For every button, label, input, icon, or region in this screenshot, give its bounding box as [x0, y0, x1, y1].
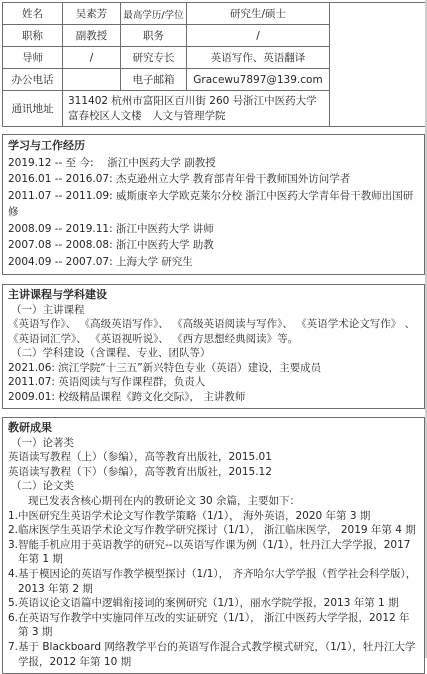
papers-intro: 现已发表含核心期刊在内的教研论文 30 余篇，主要如下： [8, 494, 419, 509]
photo-placeholder [330, 3, 426, 127]
paper-item: 4.基于模因论的英语写作教学模型探讨（1/1）， 齐齐哈尔大学学报（哲学社会科学… [8, 567, 419, 596]
table-row: 姓名 吴素芳 最高学历/学位 研究生/硕士 [3, 3, 426, 25]
experience-item: 2007.08 -- 2008.08: 浙江中医药大学 助教 [8, 237, 419, 254]
book-item: 英语读写教程（上）（参编），高等教育出版社，2015.01 [8, 450, 419, 465]
paper-item: 3.智能手机应用于英语教学的研究--以英语写作课为例（1/1），牡丹江大学学报，… [8, 538, 419, 567]
paper-item: 7.基于 Blackboard 网络教学平台的英语写作混合式教学模式研究，（1/… [8, 640, 419, 658]
address-label: 通讯地址 [3, 91, 63, 127]
paper-item: 2.临床医学生英语学术论文写作教学研究探讨（1/1）， 浙江临床医学， 2019… [8, 523, 419, 538]
specialty-label: 研究专长 [121, 47, 187, 69]
paper-item: 6.在英语写作教学中实施同伴互改的实证研究（1/1）， 浙江中医药大学学报，20… [8, 611, 419, 640]
paper-item: 5.英语议论文语篇中逻辑衔接词的案例研究（1/1），丽水学院学报，2013 年第… [8, 596, 419, 611]
experience-item: 2011.07 -- 2011.09: 威斯康辛大学欧克莱尔分校 浙江中医药大学… [8, 188, 419, 221]
experience-item: 2016.01 -- 2016.07: 杰克逊州立大学 教育部青年骨干教师国外访… [8, 171, 419, 188]
advisor-label: 导师 [3, 47, 63, 69]
title-label: 职称 [3, 25, 63, 47]
courses-section: 主讲课程与学科建设 （一）主讲课程 《英语写作》、 《高级英语写作》、 《高级英… [2, 284, 425, 409]
section-title-courses: 主讲课程与学科建设 [8, 288, 419, 303]
course-list: 《英语写作》、 《高级英语写作》、 《高级英语阅读与写作》、 《英语学术论文写作… [8, 317, 419, 346]
discipline-subsection-heading: （二）学科建设（含课程、专业、团队等） [8, 346, 419, 361]
faculty-profile-table: 姓名 吴素芳 最高学历/学位 研究生/硕士 职称 副教授 职务 / 导师 / 研… [2, 2, 426, 127]
email-value: Gracewu7897@139.com [187, 69, 330, 91]
experience-item: 2008.09 -- 2019.11: 浙江中医药大学 讲师 [8, 221, 419, 238]
papers-subsection-heading: （二）论文类 [8, 479, 419, 494]
experience-item: 2004.09 -- 2007.07: 上海大学 研究生 [8, 254, 419, 271]
book-item: 英语读写教程（下）（参编），高等教育出版社，2015.12 [8, 465, 419, 480]
section-title-experience: 学习与工作经历 [8, 138, 419, 155]
discipline-item: 2009.01: 校级精品课程《跨文化交际》， 主讲教师 [8, 390, 419, 405]
email-label: 电子邮箱 [121, 69, 187, 91]
page-container: 姓名 吴素芳 最高学历/学位 研究生/硕士 职称 副教授 职务 / 导师 / 研… [2, 2, 425, 658]
courses-subsection-heading: （一）主讲课程 [8, 303, 419, 318]
degree-value: 研究生/硕士 [187, 3, 330, 25]
paper-item: 1.中医研究生英语学术论文写作教学策略（1/1）， 海外英语，2020 年第 3… [8, 509, 419, 524]
name-label: 姓名 [3, 3, 63, 25]
phone-value [63, 69, 121, 91]
position-label: 职务 [121, 25, 187, 47]
advisor-value: / [63, 47, 121, 69]
books-subsection-heading: （一）论著类 [8, 436, 419, 451]
address-value: 311402 杭州市富阳区百川街 260 号浙江中医药大学富春校区人文楼 人文与… [63, 91, 330, 127]
discipline-item: 2011.07: 英语阅读与写作课程群，负责人 [8, 375, 419, 390]
phone-label: 办公电话 [3, 69, 63, 91]
specialty-value: 英语写作、英语翻译 [187, 47, 330, 69]
title-value: 副教授 [63, 25, 121, 47]
experience-section: 学习与工作经历 2019.12 -- 至 今: 浙江中医药大学 副教授 2016… [2, 134, 425, 275]
name-value: 吴素芳 [63, 3, 121, 25]
position-value: / [187, 25, 330, 47]
discipline-item: 2021.06: 滨江学院“十三五”新兴特色专业（英语）建设，主要成员 [8, 361, 419, 376]
degree-label: 最高学历/学位 [121, 3, 187, 25]
section-title-achievements: 教研成果 [8, 421, 419, 436]
experience-item: 2019.12 -- 至 今: 浙江中医药大学 副教授 [8, 155, 419, 172]
achievements-section: 教研成果 （一）论著类 英语读写教程（上）（参编），高等教育出版社，2015.0… [2, 417, 425, 658]
